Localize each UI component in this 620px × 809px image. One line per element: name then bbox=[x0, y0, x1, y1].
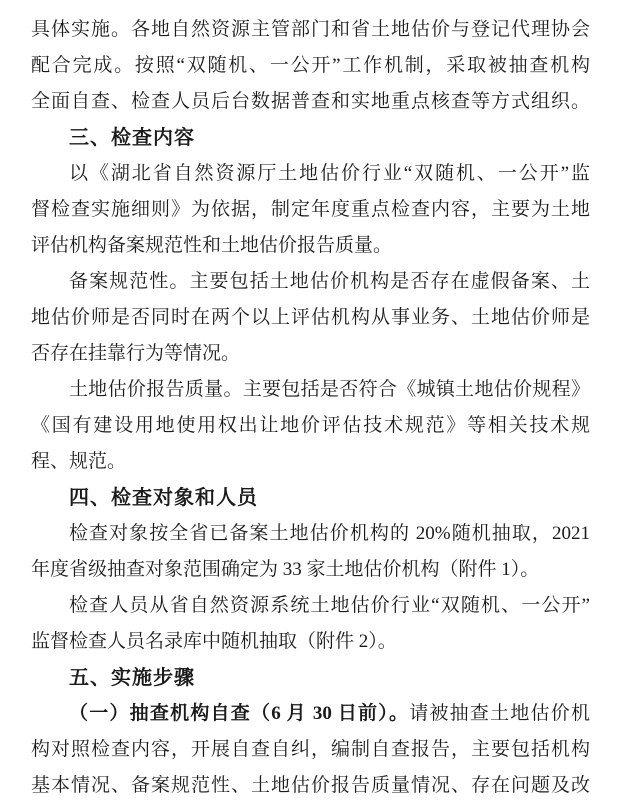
document-line: 检查人员从省自然资源系统土地估价行业“双随机、一公开” bbox=[31, 588, 590, 624]
document-line: 土地估价报告质量。主要包括是否符合《城镇土地估价规程》 bbox=[31, 372, 590, 408]
step-one-body: 请被抽查土地估价机 bbox=[409, 703, 590, 724]
document-page: 具体实施。各地自然资源主管部门和省土地估价与登记代理协会 配合完成。按照“双随机… bbox=[0, 0, 620, 809]
document-line: 督检查实施细则》为依据，制定年度重点检查内容，主要为土地 bbox=[31, 192, 590, 228]
document-line: 全面自查、检查人员后台数据普查和实地重点核查等方式组织。 bbox=[31, 84, 590, 120]
document-line: 程、规范。 bbox=[31, 444, 590, 480]
document-line: 检查对象按全省已备案土地估价机构的 20%随机抽取，2021 bbox=[31, 516, 590, 552]
section-heading-inspection-content: 三、检查内容 bbox=[31, 120, 590, 156]
document-line: 监督检查人员名录库中随机抽取（附件 2）。 bbox=[31, 624, 590, 660]
document-line: 配合完成。按照“双随机、一公开”工作机制，采取被抽查机构 bbox=[31, 48, 590, 84]
document-line: 年度省级抽查对象范围确定为 33 家土地估价机构（附件 1）。 bbox=[31, 552, 590, 588]
section-heading-inspection-targets: 四、检查对象和人员 bbox=[31, 480, 590, 516]
step-one-lead: （一）抽查机构自查（6 月 30 日前）。 bbox=[69, 703, 409, 724]
document-line: 否存在挂靠行为等情况。 bbox=[31, 336, 590, 372]
document-line: 基本情况、备案规范性、土地估价报告质量情况、存在问题及改 bbox=[31, 768, 590, 804]
document-line: 以《湖北省自然资源厅土地估价行业“双随机、一公开”监 bbox=[31, 156, 590, 192]
document-line: （一）抽查机构自查（6 月 30 日前）。请被抽查土地估价机 bbox=[31, 696, 590, 732]
document-line: 《国有建设用地使用权出让地价评估技术规范》等相关技术规 bbox=[31, 408, 590, 444]
document-line: 评估机构备案规范性和土地估价报告质量。 bbox=[31, 228, 590, 264]
document-line: 地估价师是否同时在两个以上评估机构从事业务、土地估价师是 bbox=[31, 300, 590, 336]
document-line: 构对照检查内容，开展自查自纠，编制自查报告，主要包括机构 bbox=[31, 732, 590, 768]
section-heading-implementation-steps: 五、实施步骤 bbox=[31, 660, 590, 696]
document-line: 备案规范性。主要包括土地估价机构是否存在虚假备案、土 bbox=[31, 264, 590, 300]
document-line: 具体实施。各地自然资源主管部门和省土地估价与登记代理协会 bbox=[31, 12, 590, 48]
